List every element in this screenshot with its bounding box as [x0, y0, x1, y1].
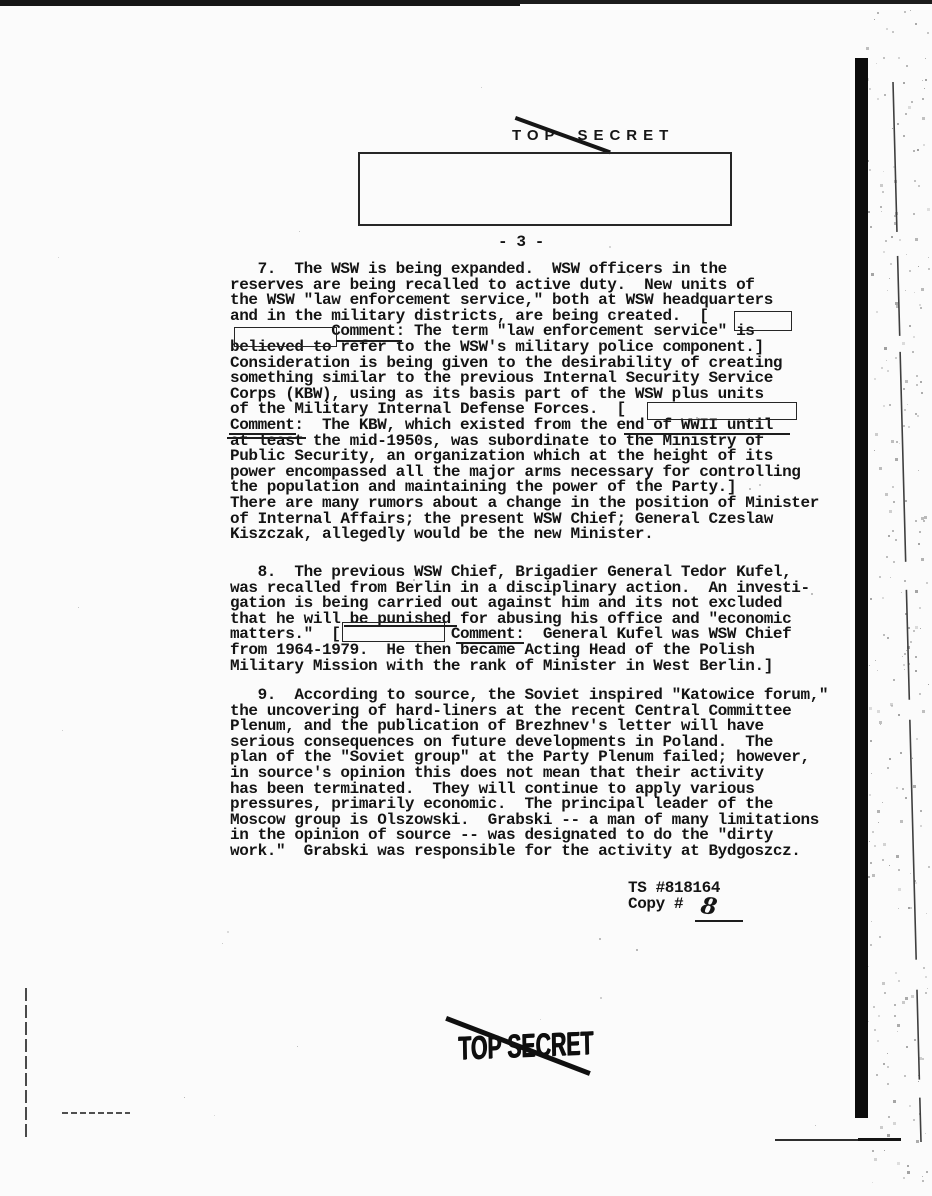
classification-header: TOP SECRET — [512, 127, 674, 144]
copy-number-underline — [695, 920, 743, 922]
redaction-box-p7-inline-3 — [647, 402, 797, 420]
scan-top-edge-dark-segment — [0, 0, 520, 6]
redaction-box-p7-inline-2 — [234, 327, 337, 347]
underline-comment-1 — [336, 340, 402, 342]
paragraph-9: 9. According to source, the Soviet inspi… — [230, 688, 828, 860]
scan-vline-bottom-left — [25, 988, 27, 1138]
scanned-document-page: TOP SECRET - 3 - 7. The WSW is being exp… — [0, 0, 932, 1196]
underline-be-punished — [344, 625, 457, 627]
redaction-box-header — [358, 152, 732, 226]
copy-number-label: Copy # — [628, 897, 683, 913]
redaction-box-p7-inline-1 — [734, 311, 792, 331]
copy-number-handwritten: 8 — [699, 892, 719, 921]
scan-line-bottom-right-dark — [858, 1138, 901, 1141]
artifact-line-wwii-until — [624, 433, 790, 435]
underline-comment-2 — [229, 433, 296, 435]
scan-dashes-bottom-left — [62, 1112, 130, 1114]
underline-comment-3 — [456, 642, 524, 644]
scan-binding-bar — [855, 58, 868, 1118]
scan-speckle-band — [866, 0, 932, 1196]
artifact-line-at-least — [227, 437, 306, 439]
paragraph-8: 8. The previous WSW Chief, Brigadier Gen… — [230, 565, 810, 674]
page-number: - 3 - — [498, 235, 544, 251]
